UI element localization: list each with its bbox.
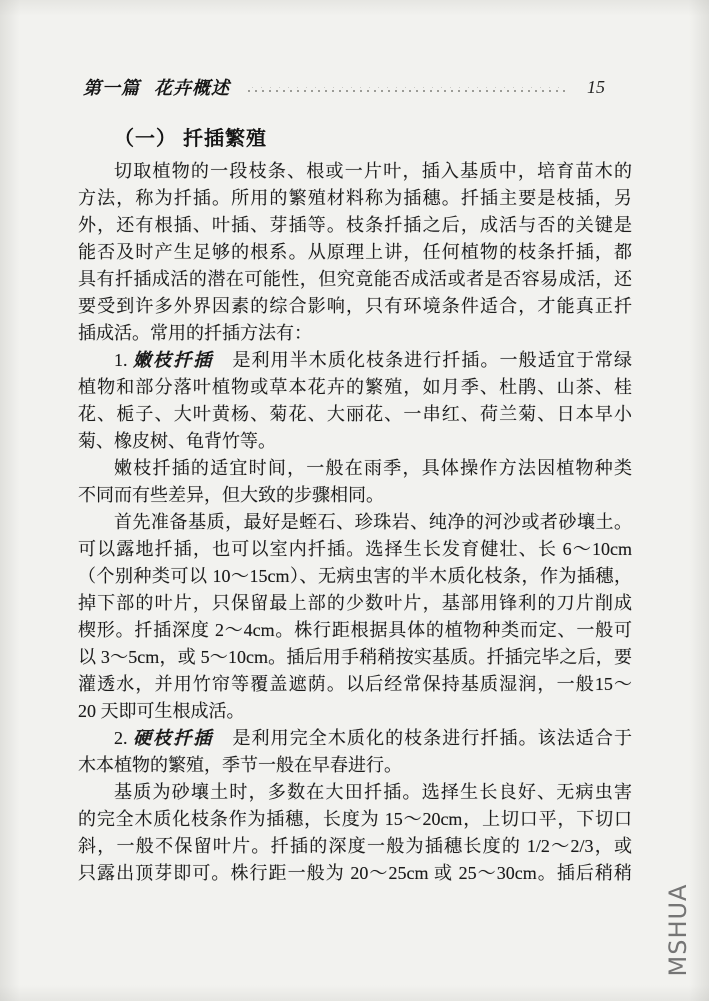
text-line: （个别种类可以 10～15cm）、无病虫害的半木质化枝条，作为插穗，去: [78, 563, 632, 590]
page-number: 15: [587, 77, 605, 98]
running-header-title: 第一篇花卉概述: [83, 74, 230, 100]
text-line: 斜，一般不保留叶片。扦插的深度一般为插穗长度的 1/2～2/3，或: [78, 833, 632, 860]
text-line: 只露出顶芽即可。株行距一般为 20～25cm 或 25～30cm。插后稍稍: [78, 860, 632, 887]
page-content: （一） 扦插繁殖 切取植物的一段枝条、根或一片叶，插入基质中，培育苗木的方法，称…: [78, 124, 632, 887]
text-line: 2. 硬枝扦插 是利用完全木质化的枝条进行扦插。该法适合于: [78, 725, 632, 752]
paragraph: 1. 嫩枝扦插 是利用半木质化枝条进行扦插。一般适宜于常绿植物和部分落叶植物或草…: [78, 347, 632, 455]
text-line: 1. 嫩枝扦插 是利用半木质化枝条进行扦插。一般适宜于常绿: [78, 347, 632, 374]
paragraph: 首先准备基质，最好是蛭石、珍珠岩、纯净的河沙或者砂壤土。可以露地扦插，也可以室内…: [78, 509, 632, 725]
chapter-title: 花卉概述: [154, 78, 230, 98]
text-line: 基质为砂壤土时，多数在大田扦插。选择生长良好、无病虫害: [78, 779, 632, 806]
paragraph: 切取植物的一段枝条、根或一片叶，插入基质中，培育苗木的方法，称为扦插。所用的繁殖…: [78, 158, 632, 347]
text-line: 具有扦插成活的潜在可能性，但究竟能否成活或者是否容易成活，还: [78, 266, 632, 293]
text-line: 的完全木质化枝条作为插穗，长度为 15～20cm，上切口平，下切口: [78, 806, 632, 833]
text-line: 方法，称为扦插。所用的繁殖材料称为插穗。扦插主要是枝插，另: [78, 185, 632, 212]
text-line: 能否及时产生足够的根系。从原理上讲，任何植物的枝条扦插，都: [78, 239, 632, 266]
book-page: 第一篇花卉概述 15 （一） 扦插繁殖 切取植物的一段枝条、根或一片叶，插入基质…: [0, 0, 709, 1001]
text-line: 要受到许多外界因素的综合影响，只有环境条件适合，才能真正扦: [78, 293, 632, 320]
text-line: 植物和部分落叶植物或草本花卉的繁殖，如月季、杜鹃、山茶、桂: [78, 374, 632, 401]
text-line: 不同而有些差异，但大致的步骤相同。: [78, 482, 632, 509]
text-line: 20 天即可生根成活。: [78, 698, 632, 725]
text-line: 木本植物的繁殖，季节一般在早春进行。: [78, 752, 632, 779]
text-line: 以 3～5cm，或 5～10cm。插后用手稍稍按实基质。扦插完毕之后，要: [78, 644, 632, 671]
text-line: 嫩枝扦插的适宜时间，一般在雨季，具体操作方法因植物种类: [78, 455, 632, 482]
body-text: 切取植物的一段枝条、根或一片叶，插入基质中，培育苗木的方法，称为扦插。所用的繁殖…: [78, 158, 632, 887]
text-line: 花、栀子、大叶黄杨、菊花、大丽花、一串红、荷兰菊、日本早小: [78, 401, 632, 428]
watermark-text: MSHUA: [665, 882, 691, 978]
text-line: 切取植物的一段枝条、根或一片叶，插入基质中，培育苗木的: [78, 158, 632, 185]
section-heading: （一） 扦插繁殖: [78, 124, 632, 154]
text-line: 菊、橡皮树、龟背竹等。: [78, 428, 632, 455]
part-label: 第一篇: [83, 78, 140, 98]
emphasized-term: 硬枝扦插: [133, 728, 213, 748]
text-line: 楔形。扦插深度 2～4cm。株行距根据具体的植物种类而定、一般可: [78, 617, 632, 644]
paragraph: 基质为砂壤土时，多数在大田扦插。选择生长良好、无病虫害的完全木质化枝条作为插穗，…: [78, 779, 632, 887]
dotted-leader: [248, 86, 567, 94]
text-line: 外，还有根插、叶插、芽插等。枝条扦插之后，成活与否的关键是: [78, 212, 632, 239]
paragraph: 2. 硬枝扦插 是利用完全木质化的枝条进行扦插。该法适合于木本植物的繁殖，季节一…: [78, 725, 632, 779]
text-line: 插成活。常用的扦插方法有：: [78, 320, 632, 347]
running-header: 第一篇花卉概述 15: [83, 74, 605, 100]
text-line: 首先准备基质，最好是蛭石、珍珠岩、纯净的河沙或者砂壤土。: [78, 509, 632, 536]
text-line: 可以露地扦插，也可以室内扦插。选择生长发育健壮、长 6～10cm: [78, 536, 632, 563]
paragraph: 嫩枝扦插的适宜时间，一般在雨季，具体操作方法因植物种类不同而有些差异，但大致的步…: [78, 455, 632, 509]
text-line: 掉下部的叶片，只保留最上部的少数叶片，基部用锋利的刀片削成: [78, 590, 632, 617]
text-line: 灌透水，并用竹帘等覆盖遮荫。以后经常保持基质湿润，一般15～: [78, 671, 632, 698]
emphasized-term: 嫩枝扦插: [133, 350, 213, 370]
